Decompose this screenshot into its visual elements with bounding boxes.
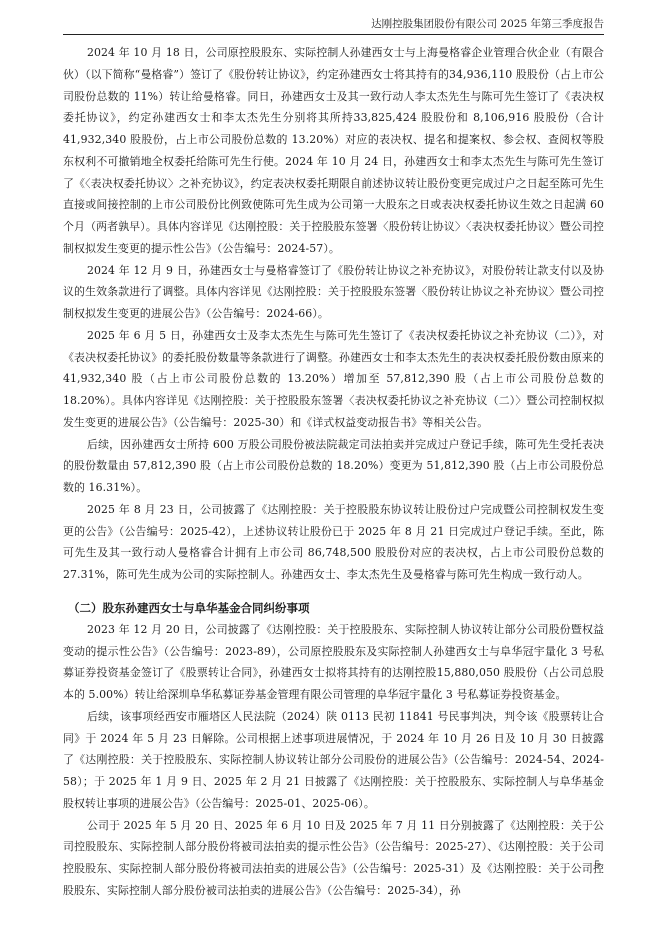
paragraph: 2023 年 12 月 20 日，公司披露了《达刚控股：关于控股股东、实际控制人…	[63, 619, 604, 706]
paragraph: 2024 年 10 月 18 日，公司原控股股东、实际控制人孙建西女士与上海曼格…	[63, 42, 604, 260]
paragraph: 2025 年 6 月 5 日，孙建西女士及李太杰先生与陈可先生签订了《表决权委托…	[63, 325, 604, 434]
page-number: 5	[594, 860, 600, 871]
section-heading: （二）股东孙建西女士与阜华基金合同纠纷事项	[68, 597, 604, 619]
report-title: 达刚控股集团股份有限公司 2025 年第三季度报告	[371, 16, 604, 31]
paragraph: 2025 年 8 月 23 日，公司披露了《达刚控股：关于控股股东协议转让股份过…	[63, 499, 604, 586]
document-body: 2024 年 10 月 18 日，公司原控股股东、实际控制人孙建西女士与上海曼格…	[63, 42, 604, 902]
page-header: 达刚控股集团股份有限公司 2025 年第三季度报告	[63, 12, 604, 35]
paragraph: 后续，因孙建西女士所持 600 万股公司股份被法院裁定司法拍卖并完成过户登记手续…	[63, 434, 604, 499]
paragraph: 2024 年 12 月 9 日，孙建西女士与曼格睿签订了《股份转让协议之补充协议…	[63, 260, 604, 325]
paragraph: 后续，该事项经西安市雁塔区人民法院（2024）陕 0113 民初 11841 号…	[63, 706, 604, 815]
paragraph: 公司于 2025 年 5 月 20 日、2025 年 6 月 10 日及 202…	[63, 815, 604, 902]
